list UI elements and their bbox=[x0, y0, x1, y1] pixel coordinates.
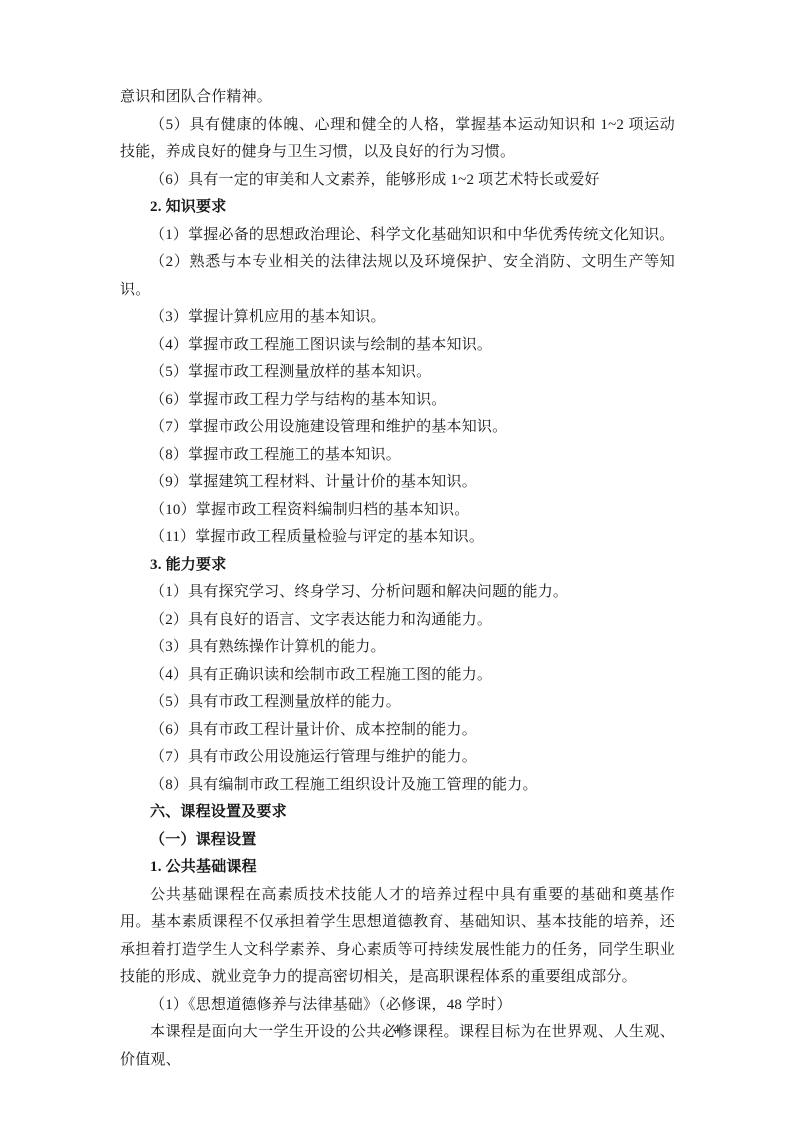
paragraph: （11）掌握市政工程质量检验与评定的基本知识。 bbox=[120, 524, 675, 552]
paragraph: （5）具有健康的体魄、心理和健全的人格，掌握基本运动知识和 1~2 项运动技能，… bbox=[120, 112, 675, 167]
paragraph: （3）掌握计算机应用的基本知识。 bbox=[120, 304, 675, 332]
paragraph: （4）具有正确识读和绘制市政工程施工图的能力。 bbox=[120, 662, 675, 690]
paragraph: （6）掌握市政工程力学与结构的基本知识。 bbox=[120, 387, 675, 415]
paragraph: （7）掌握市政公用设施建设管理和维护的基本知识。 bbox=[120, 414, 675, 442]
page-content: 意识和团队合作精神。（5）具有健康的体魄、心理和健全的人格，掌握基本运动知识和 … bbox=[120, 84, 675, 1074]
paragraph: 意识和团队合作精神。 bbox=[120, 84, 675, 112]
paragraph: （6）具有市政工程计量计价、成本控制的能力。 bbox=[120, 717, 675, 745]
paragraph: （8）掌握市政工程施工的基本知识。 bbox=[120, 442, 675, 470]
paragraph: （4）掌握市政工程施工图识读与绘制的基本知识。 bbox=[120, 332, 675, 360]
paragraph: （6）具有一定的审美和人文素养，能够形成 1~2 项艺术特长或爱好 bbox=[120, 167, 675, 195]
section-heading: 六、课程设置及要求 bbox=[120, 799, 675, 827]
page-number: 4 bbox=[0, 1020, 793, 1038]
paragraph: （5）掌握市政工程测量放样的基本知识。 bbox=[120, 359, 675, 387]
paragraph: （2）熟悉与本专业相关的法律法规以及环境保护、安全消防、文明生产等知识。 bbox=[120, 249, 675, 304]
section-heading: 2. 知识要求 bbox=[120, 194, 675, 222]
paragraph: （10）掌握市政工程资料编制归档的基本知识。 bbox=[120, 497, 675, 525]
paragraph: （9）掌握建筑工程材料、计量计价的基本知识。 bbox=[120, 469, 675, 497]
paragraph: （8）具有编制市政工程施工组织设计及施工管理的能力。 bbox=[120, 772, 675, 800]
section-heading: （一）课程设置 bbox=[120, 827, 675, 855]
section-heading: 1. 公共基础课程 bbox=[120, 854, 675, 882]
paragraph: （3）具有熟练操作计算机的能力。 bbox=[120, 634, 675, 662]
paragraph: （7）具有市政公用设施运行管理与维护的能力。 bbox=[120, 744, 675, 772]
paragraph: （5）具有市政工程测量放样的能力。 bbox=[120, 689, 675, 717]
paragraph: （1）掌握必备的思想政治理论、科学文化基础知识和中华优秀传统文化知识。 bbox=[120, 222, 675, 250]
paragraph: （2）具有良好的语言、文字表达能力和沟通能力。 bbox=[120, 607, 675, 635]
document-page: 意识和团队合作精神。（5）具有健康的体魄、心理和健全的人格，掌握基本运动知识和 … bbox=[0, 0, 793, 1122]
paragraph: （1）具有探究学习、终身学习、分析问题和解决问题的能力。 bbox=[120, 579, 675, 607]
section-heading: 3. 能力要求 bbox=[120, 552, 675, 580]
paragraph: 公共基础课程在高素质技术技能人才的培养过程中具有重要的基础和奠基作用。基本素质课… bbox=[120, 882, 675, 992]
paragraph: （1）《思想道德修养与法律基础》（必修课，48 学时） bbox=[120, 992, 675, 1020]
